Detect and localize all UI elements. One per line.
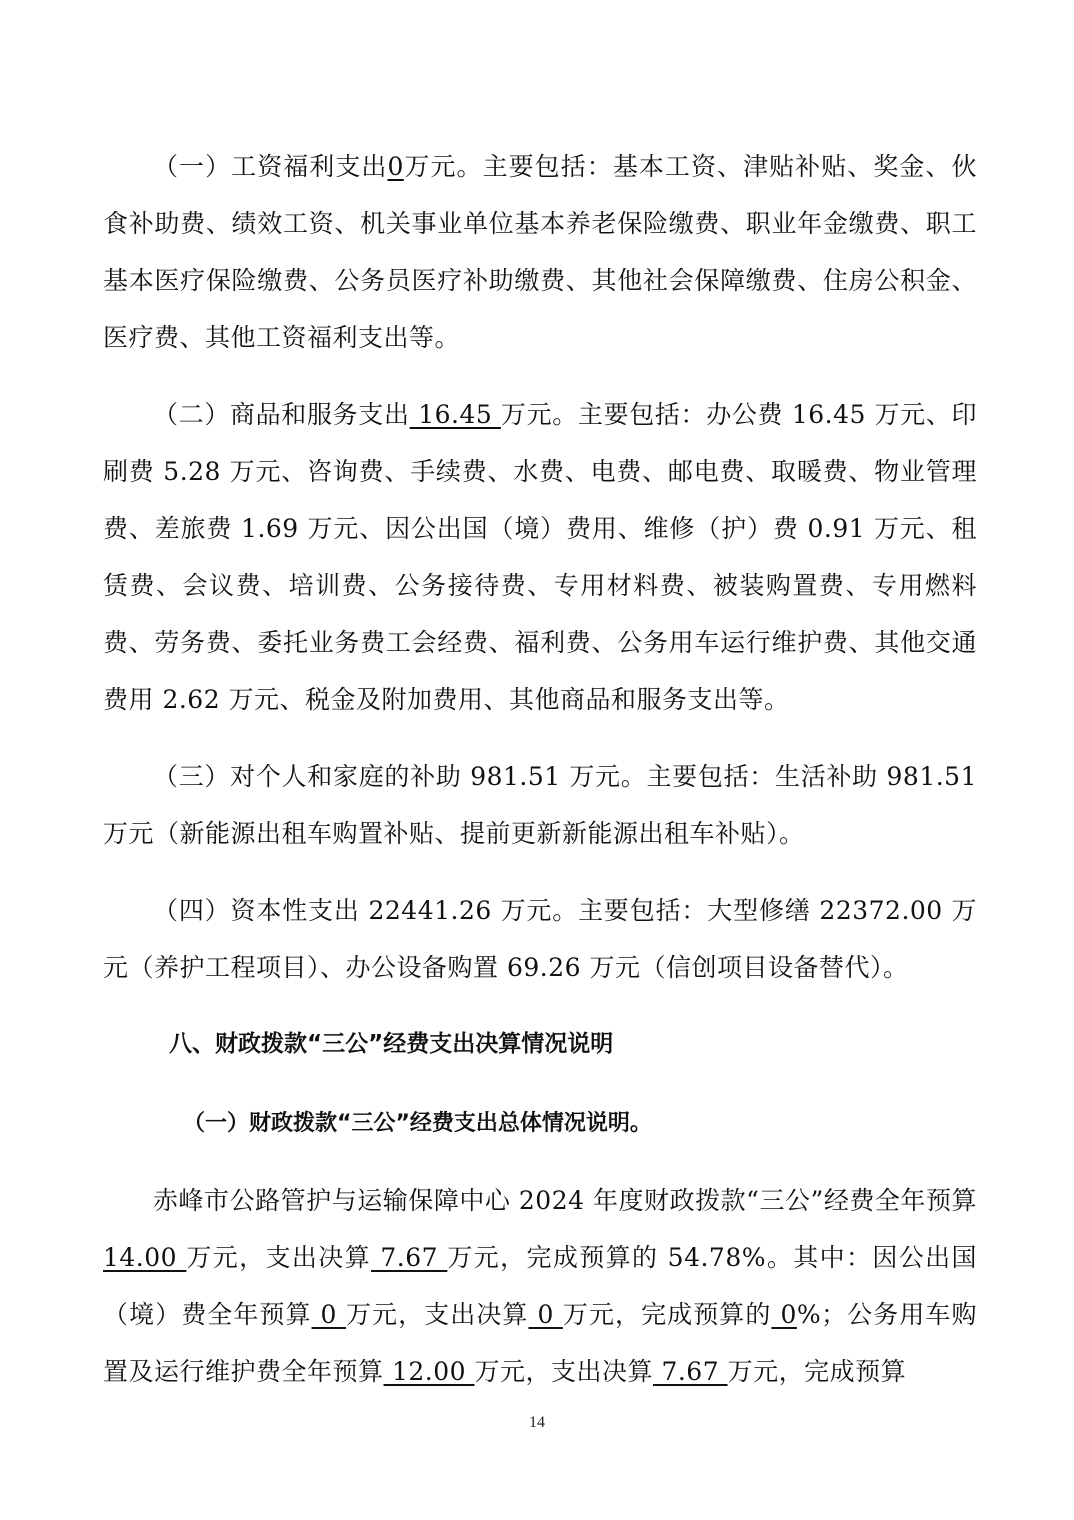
paragraph-text: （四）资本性支出 22441.26 万元。主要包括：大型修缮 22372.00 … (103, 896, 977, 982)
amount-underlined: 16.45 (410, 400, 501, 429)
paragraph-goods-services: （二）商品和服务支出 16.45 万元。主要包括：办公费 16.45 万元、印刷… (103, 386, 977, 728)
paragraph-text: （三）对个人和家庭的补助 981.51 万元。主要包括：生活补助 981.51 … (103, 762, 977, 848)
subsection-heading: （一）财政拨款“三公”经费支出总体情况说明。 (103, 1095, 977, 1152)
amount-underlined: 7.67 (653, 1357, 728, 1386)
amount-underlined: 0 (528, 1300, 562, 1329)
page-content: （一）工资福利支出0万元。主要包括：基本工资、津贴补贴、奖金、伙食补助费、绩效工… (103, 138, 977, 1420)
amount-underlined: 0 (771, 1300, 796, 1329)
paragraph-text: 万元，支出决算 (474, 1357, 653, 1386)
amount-underlined: 0 (312, 1300, 346, 1329)
paragraph-text: 万元。主要包括：办公费 16.45 万元、印刷费 5.28 万元、咨询费、手续费… (103, 400, 977, 714)
document-page: （一）工资福利支出0万元。主要包括：基本工资、津贴补贴、奖金、伙食补助费、绩效工… (0, 0, 1074, 1520)
page-number: 14 (0, 1414, 1074, 1432)
paragraph-text: 赤峰市公路管护与运输保障中心 2024 年度财政拨款“三公”经费全年预算 (153, 1186, 977, 1215)
paragraph-text: 万元，完成预算的 (563, 1300, 772, 1329)
paragraph-text: 万元，完成预算 (728, 1357, 907, 1386)
paragraph-household-subsidy: （三）对个人和家庭的补助 981.51 万元。主要包括：生活补助 981.51 … (103, 748, 977, 862)
paragraph-capital-expenditure: （四）资本性支出 22441.26 万元。主要包括：大型修缮 22372.00 … (103, 882, 977, 996)
paragraph-salary-welfare: （一）工资福利支出0万元。主要包括：基本工资、津贴补贴、奖金、伙食补助费、绩效工… (103, 138, 977, 366)
section-heading: 八、财政拨款“三公”经费支出决算情况说明 (103, 1016, 977, 1073)
amount-underlined: 14.00 (103, 1243, 186, 1272)
amount-underlined: 7.67 (371, 1243, 447, 1272)
paragraph-text: 万元。主要包括：基本工资、津贴补贴、奖金、伙食补助费、绩效工资、机关事业单位基本… (103, 152, 977, 352)
paragraph-text: （一）工资福利支出 (153, 152, 387, 181)
paragraph-text: 万元，支出决算 (186, 1243, 371, 1272)
paragraph-text: 万元，支出决算 (346, 1300, 528, 1329)
paragraph-three-public-summary: 赤峰市公路管护与运输保障中心 2024 年度财政拨款“三公”经费全年预算 14.… (103, 1172, 977, 1400)
paragraph-text: （二）商品和服务支出 (153, 400, 410, 429)
amount-underlined: 0 (387, 152, 403, 181)
amount-underlined: 12.00 (384, 1357, 475, 1386)
